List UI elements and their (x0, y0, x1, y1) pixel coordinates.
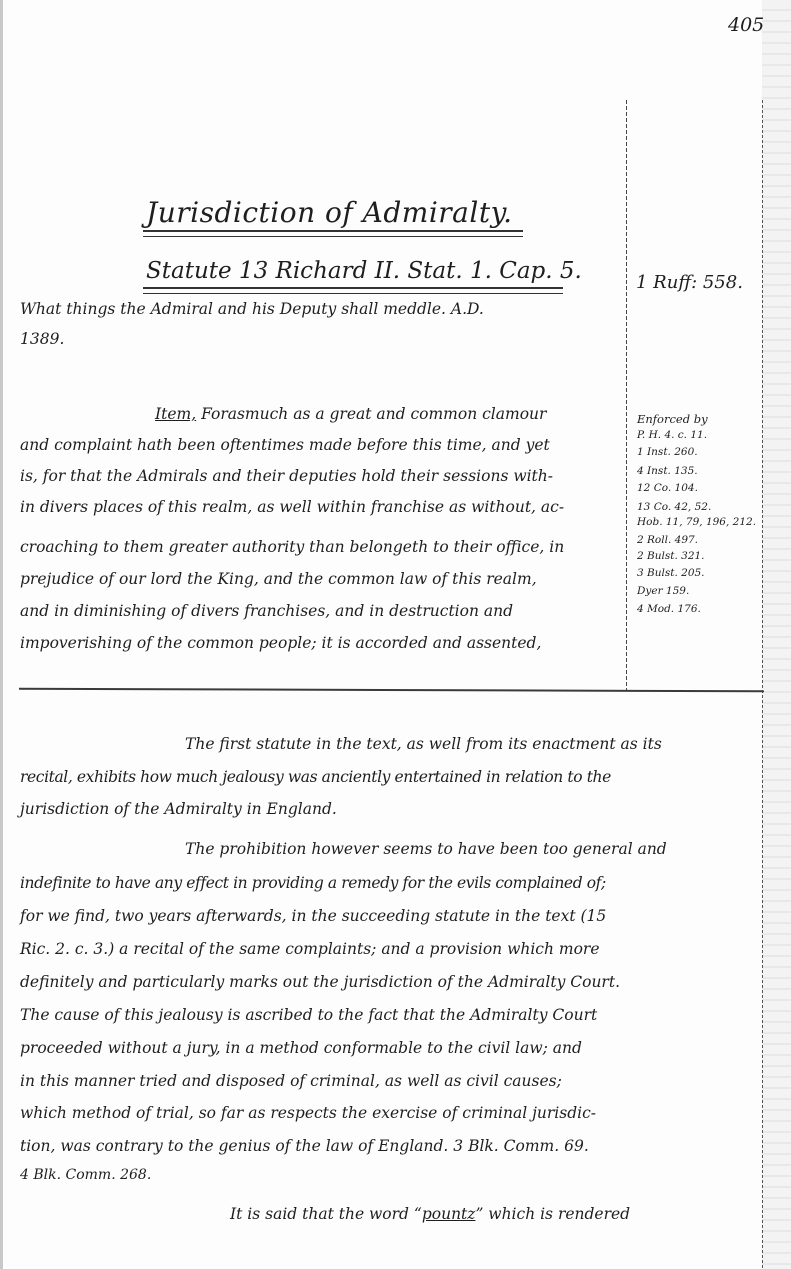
statute-text-line: is, for that the Admirals and their depu… (20, 467, 553, 485)
margin-reference: 1 Ruff: 558. (636, 272, 743, 293)
page-title: Jurisdiction of Admiralty. (146, 196, 513, 229)
commentary-line: jurisdiction of the Admiralty in England… (20, 800, 337, 818)
citation: 1 Inst. 260. (637, 446, 698, 458)
statute-text-line: Item, Forasmuch as a great and common cl… (155, 405, 546, 423)
underlined-word: pountz (422, 1205, 476, 1223)
citation: 3 Bulst. 205. (637, 567, 705, 579)
commentary-line: Ric. 2. c. 3.) a recital of the same com… (20, 940, 600, 958)
citation: 2 Bulst. 321. (637, 550, 705, 562)
page-right-binding-strip (762, 0, 791, 1269)
statute-subtitle-line: 1389. (20, 330, 64, 348)
commentary-line: indefinite to have any effect in providi… (20, 874, 606, 892)
page-number: 405 (728, 14, 764, 36)
right-ruled-line (762, 100, 763, 1269)
statute-text-line: and in diminishing of divers franchises,… (20, 602, 513, 620)
commentary-line: in this manner tried and disposed of cri… (20, 1072, 562, 1090)
statute-text-line: impoverishing of the common people; it i… (20, 634, 541, 652)
commentary-line: definitely and particularly marks out th… (20, 973, 620, 991)
statute-text-line: croaching to them greater authority than… (20, 538, 564, 556)
statute-subtitle-line: What things the Admiral and his Deputy s… (20, 300, 484, 318)
citation: 4 Mod. 176. (637, 603, 701, 615)
statute-text-line: prejudice of our lord the King, and the … (20, 570, 537, 588)
commentary-line: for we find, two years afterwards, in th… (20, 907, 606, 925)
page-left-edge (0, 0, 3, 1269)
title-underline (143, 230, 523, 237)
commentary-line: proceeded without a jury, in a method co… (20, 1039, 582, 1057)
citation: P. H. 4. c. 11. (637, 429, 707, 441)
statute-lead-word: Item, (155, 405, 196, 423)
enforced-by-heading: Enforced by (637, 412, 708, 426)
citation: 13 Co. 42, 52. (637, 501, 711, 513)
citation: Dyer 159. (637, 585, 689, 597)
manuscript-page: 405 Jurisdiction of Admiralty. Statute 1… (0, 0, 791, 1269)
section-divider-line (19, 688, 764, 693)
statute-text-line: and complaint hath been oftentimes made … (20, 436, 550, 454)
commentary-line: recital, exhibits how much jealousy was … (20, 768, 611, 786)
citation: 2 Roll. 497. (637, 534, 698, 546)
citation: 4 Inst. 135. (637, 465, 698, 477)
commentary-line: 4 Blk. Comm. 268. (20, 1167, 151, 1183)
commentary-line: It is said that the word “pountz” which … (230, 1205, 630, 1223)
statute-text-line: in divers places of this realm, as well … (20, 498, 564, 516)
commentary-line: The first statute in the text, as well f… (185, 735, 662, 753)
citation: Hob. 11, 79, 196, 212. (637, 516, 756, 528)
statute-heading-underline (143, 287, 563, 294)
commentary-line: The prohibition however seems to have be… (185, 840, 667, 858)
commentary-line: The cause of this jealousy is ascribed t… (20, 1006, 597, 1024)
statute-heading: Statute 13 Richard II. Stat. 1. Cap. 5. (146, 258, 582, 284)
commentary-line: tion, was contrary to the genius of the … (20, 1137, 589, 1155)
margin-ruled-line (626, 100, 627, 690)
commentary-line: which method of trial, so far as respect… (20, 1104, 596, 1122)
citation: 12 Co. 104. (637, 482, 698, 494)
